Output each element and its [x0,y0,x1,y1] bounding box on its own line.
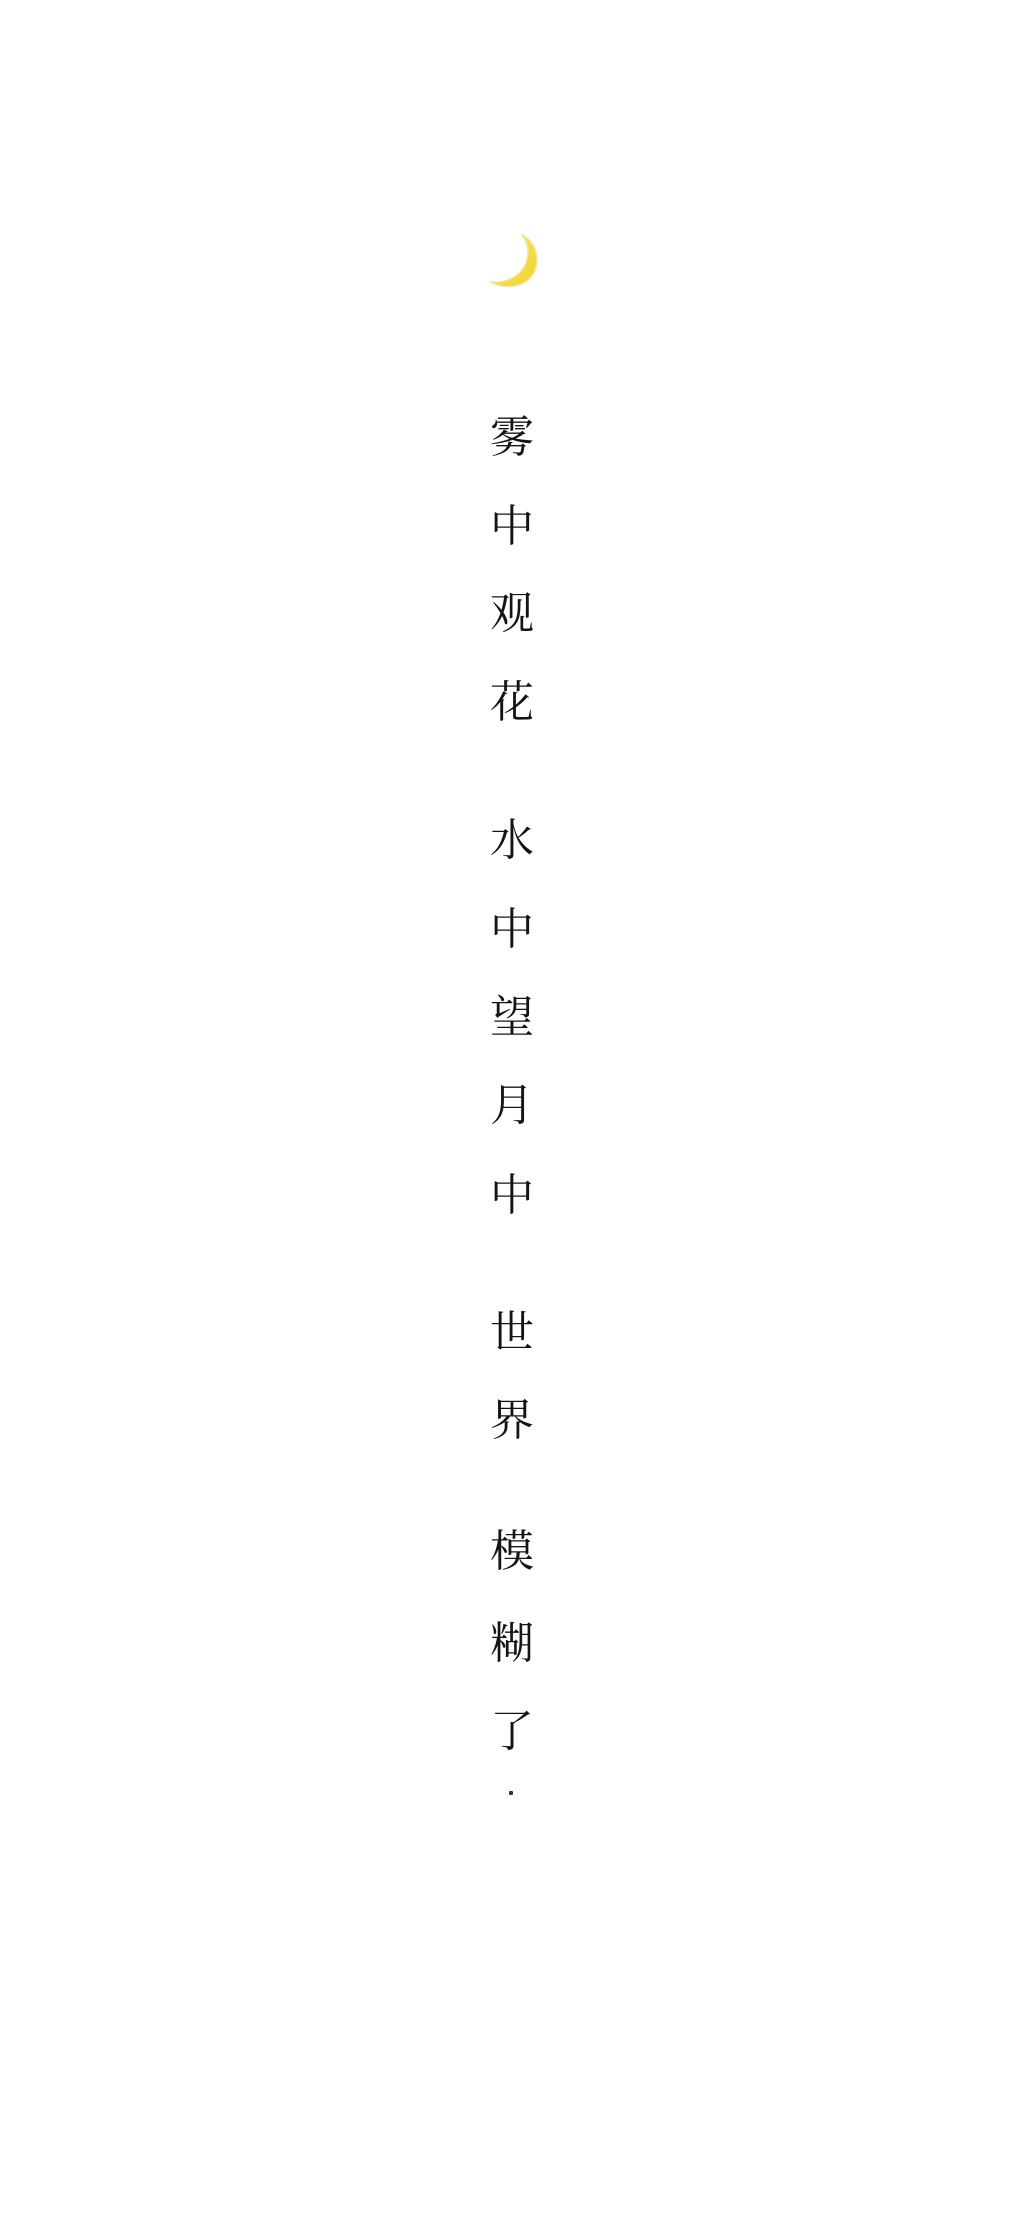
poem-char: 模 [0,1528,1024,1576]
end-period-mark [509,1791,513,1795]
poem-char: 中 [0,503,1024,551]
poem-char: 月 [0,1082,1024,1130]
poem-char: 了 [0,1708,1024,1756]
poem-char: 中 [0,1172,1024,1220]
poem-char: 世 [0,1309,1024,1357]
poem-char: 观 [0,590,1024,638]
crescent-moon-icon [486,232,542,290]
poem-char: 花 [0,679,1024,727]
poem-char: 界 [0,1397,1024,1445]
poem-char: 糊 [0,1620,1024,1668]
poem-char: 雾 [0,414,1024,462]
poem-char: 水 [0,817,1024,865]
poem-char: 中 [0,906,1024,954]
poem-char: 望 [0,994,1024,1042]
